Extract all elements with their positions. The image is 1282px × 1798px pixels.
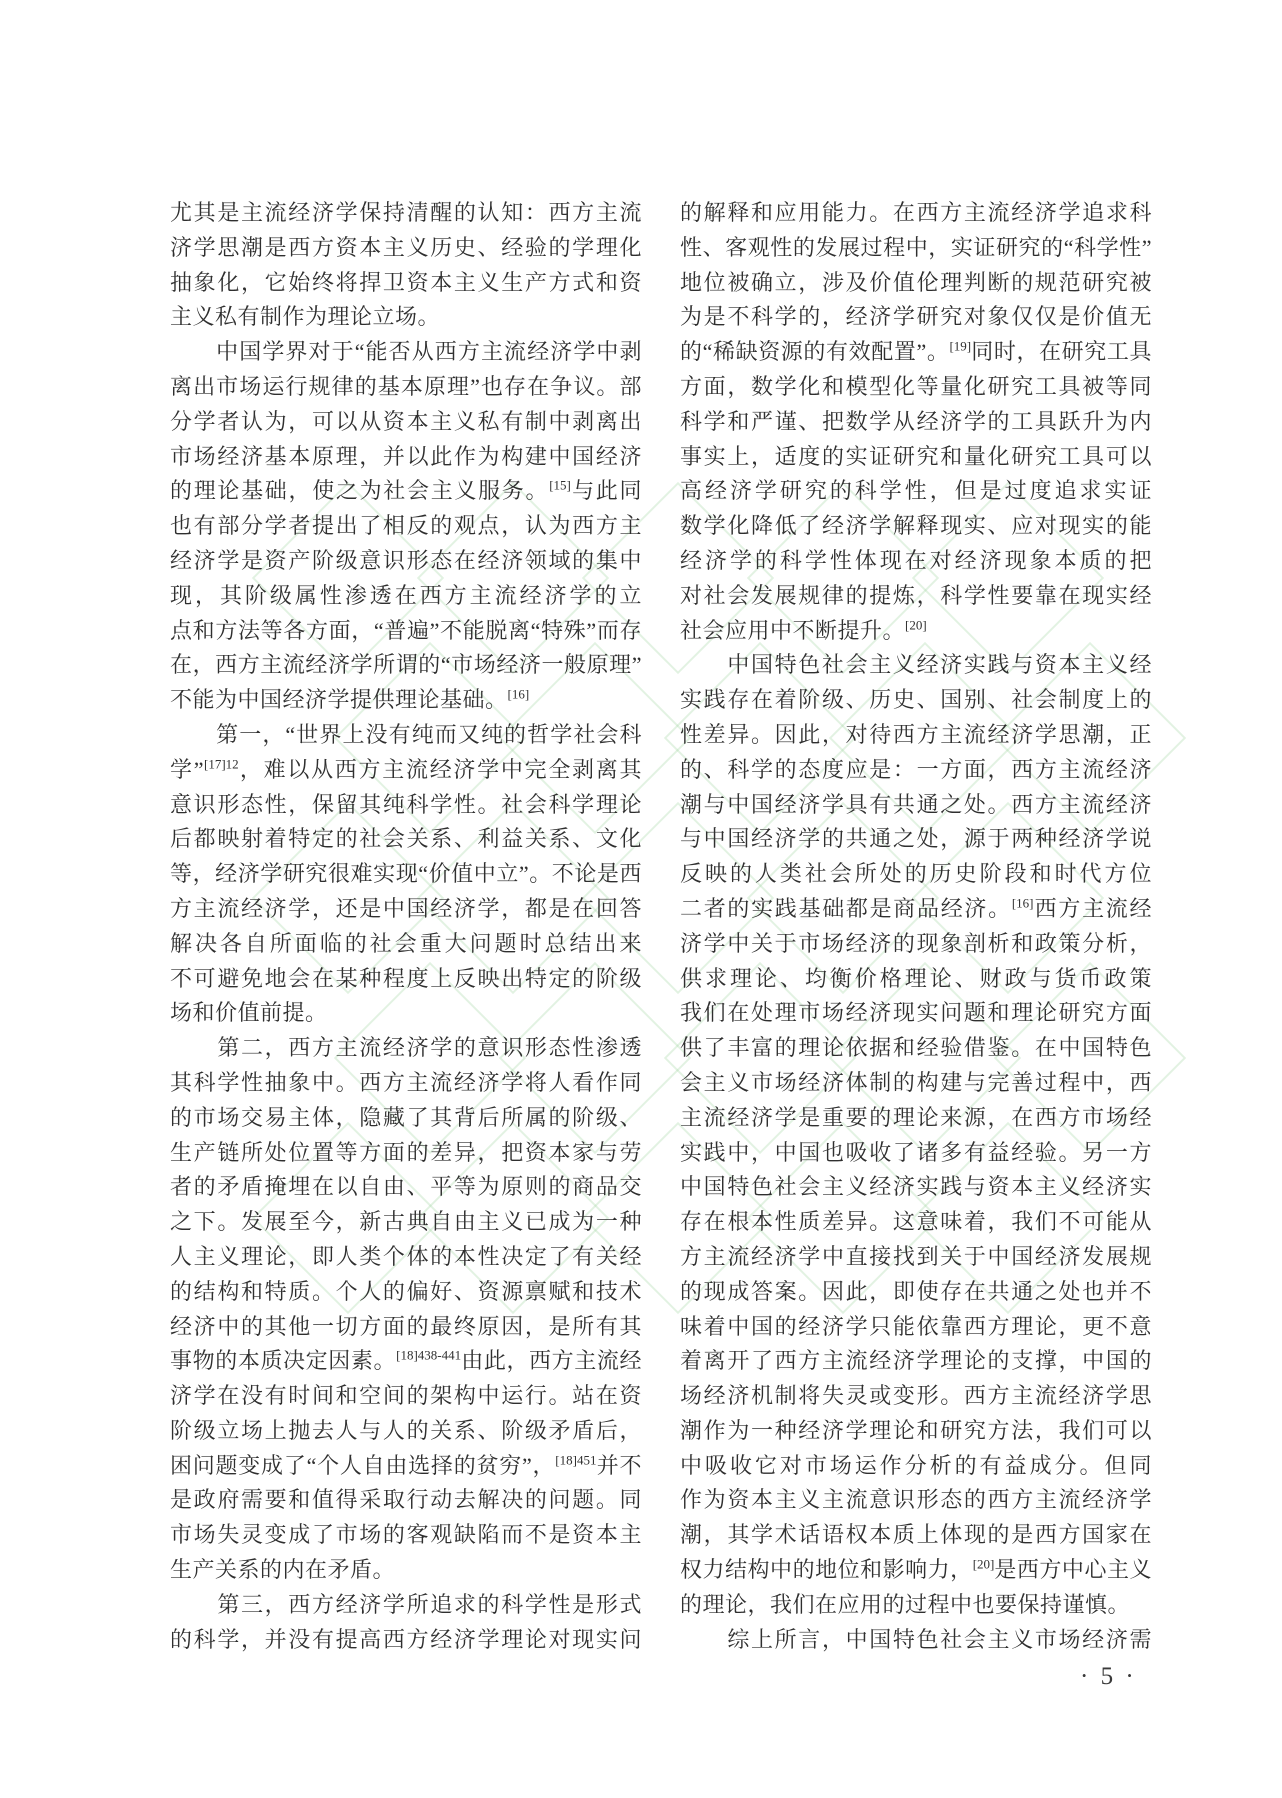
text-line: 不能为中国经济学提供理论基础。[16]	[170, 683, 642, 718]
citation-superscript: [16]	[508, 687, 530, 702]
text-line: 方主流经济学中直接找到关于中国经济发展规律	[680, 1240, 1152, 1275]
text-line: 经济中的其他一切方面的最终原因，是所有其他	[170, 1310, 642, 1345]
page-number: · 5 ·	[1080, 1663, 1137, 1691]
citation-superscript: [20]	[905, 617, 927, 632]
text-line: 意识形态性，保留其纯科学性。社会科学理论背	[170, 788, 642, 823]
text-line: 的理论，我们在应用的过程中也要保持谨慎。	[680, 1588, 1152, 1623]
citation-superscript: [18]451	[555, 1452, 596, 1467]
text-line: 中吸收它对市场运作分析的有益成分。但同时，	[680, 1449, 1152, 1484]
text-line: 存在根本性质差异。这意味着，我们不可能从西	[680, 1205, 1152, 1240]
text-line: 着离开了西方主流经济学理论的支撑，中国的市	[680, 1344, 1152, 1379]
paper-page: 尤其是主流经济学保持清醒的认知：西方主流经济学思潮是西方资本主义历史、经验的学理…	[0, 0, 1282, 1798]
text-line: 反映的人类社会所处的历史阶段和时代方位——	[680, 857, 1152, 892]
text-line: 场和价值前提。	[170, 996, 642, 1031]
text-line: 方主流经济学，还是中国经济学，都是在回答和	[170, 892, 642, 927]
left-text-column: 尤其是主流经济学保持清醒的认知：西方主流经济学思潮是西方资本主义历史、经验的学理…	[170, 196, 642, 1657]
citation-superscript: [15]	[549, 478, 571, 493]
text-line: 济学中关于市场经济的现象剖析和政策分析，如	[680, 927, 1152, 962]
text-line: 市场失灵变成了市场的客观缺陷而不是资本主义	[170, 1518, 642, 1553]
text-line: 数学化降低了经济学解释现实、应对现实的能力。	[680, 509, 1152, 544]
citation-superscript: [20]	[973, 1557, 995, 1572]
text-line: 济学思潮是西方资本主义历史、经验的学理化和	[170, 231, 642, 266]
text-line: 的市场交易主体，隐藏了其背后所属的阶级、在	[170, 1101, 642, 1136]
text-line: 学”[17]12，难以从西方主流经济学中完全剥离其	[170, 753, 642, 788]
text-line: 社会应用中不断提升。[20]	[680, 614, 1152, 649]
text-line: 味着中国的经济学只能依靠西方理论，更不意味	[680, 1310, 1152, 1345]
text-line: 供了丰富的理论依据和经验借鉴。在中国特色社	[680, 1031, 1152, 1066]
text-line: 抽象化，它始终将捍卫资本主义生产方式和资本	[170, 266, 642, 301]
text-line: 点和方法等各方面，“普遍”不能脱离“特殊”而存	[170, 614, 642, 649]
text-line: 不可避免地会在某种程度上反映出特定的阶级立	[170, 962, 642, 997]
text-line: 事物的本质决定因素。[18]438-441由此，西方主流经	[170, 1344, 642, 1379]
text-line: 实践中，中国也吸收了诸多有益经验。另一方面，	[680, 1136, 1152, 1171]
text-line: 对社会发展规律的提炼，科学性要靠在现实经济	[680, 579, 1152, 614]
text-line: 之下。发展至今，新古典自由主义已成为一种个	[170, 1205, 642, 1240]
text-line: 事实上，适度的实证研究和量化研究工具可以提	[680, 440, 1152, 475]
text-line: 等，经济学研究很难实现“价值中立”。不论是西	[170, 857, 642, 892]
citation-superscript: [19]	[949, 339, 971, 354]
citation-superscript: [16]	[1012, 896, 1034, 911]
text-line: 与中国经济学的共通之处，源于两种经济学说所	[680, 822, 1152, 857]
text-line: 二者的实践基础都是商品经济。[16]西方主流经	[680, 892, 1152, 927]
text-line: 离出市场运行规律的基本原理”也存在争议。部	[170, 370, 642, 405]
text-line: 的结构和特质。个人的偏好、资源禀赋和技术是	[170, 1275, 642, 1310]
text-line: 供求理论、均衡价格理论、财政与货币政策等，为	[680, 962, 1152, 997]
text-line: 潮，其学术话语权本质上体现的是西方国家在国际	[680, 1518, 1152, 1553]
text-line: 的、科学的态度应是：一方面，西方主流经济学思	[680, 753, 1152, 788]
text-line: 的现成答案。因此，即使存在共通之处也并不意	[680, 1275, 1152, 1310]
text-line: 经济学是资产阶级意识形态在经济领域的集中体	[170, 544, 642, 579]
text-line: 在，西方主流经济学所谓的“市场经济一般原理”	[170, 648, 642, 683]
text-line: 经济学的科学性体现在对经济现象本质的把握、	[680, 544, 1152, 579]
text-line: 方面，数学化和模型化等量化研究工具被等同于	[680, 370, 1152, 405]
citation-superscript: [17]12	[204, 756, 239, 771]
text-line: 主流经济学是重要的理论来源，在西方市场经济	[680, 1101, 1152, 1136]
right-text-column: 的解释和应用能力。在西方主流经济学追求科学性、客观性的发展过程中，实证研究的“科…	[680, 196, 1152, 1657]
text-line: 会主义市场经济体制的构建与完善过程中，西方	[680, 1066, 1152, 1101]
text-line: 中国特色社会主义经济实践与资本主义经济实践	[680, 1170, 1152, 1205]
text-line: 综上所言，中国特色社会主义市场经济需要	[680, 1623, 1152, 1658]
text-line: 第二，西方主流经济学的意识形态性渗透在	[170, 1031, 642, 1066]
text-line: 生产关系的内在矛盾。	[170, 1553, 642, 1588]
text-line: 性、客观性的发展过程中，实证研究的“科学性”	[680, 231, 1152, 266]
text-line: 高经济学研究的科学性，但是过度追求实证化、	[680, 474, 1152, 509]
text-line: 解决各自所面临的社会重大问题时总结出来的，	[170, 927, 642, 962]
text-line: 的解释和应用能力。在西方主流经济学追求科学	[680, 196, 1152, 231]
text-line: 地位被确立，涉及价值伦理判断的规范研究被认	[680, 266, 1152, 301]
text-line: 现，其阶级属性渗透在西方主流经济学的立场、观	[170, 579, 642, 614]
text-line: 的“稀缺资源的有效配置”。[19]同时，在研究工具	[680, 335, 1152, 370]
text-line: 尤其是主流经济学保持清醒的认知：西方主流经	[170, 196, 642, 231]
text-line: 后都映射着特定的社会关系、利益关系、文化关系	[170, 822, 642, 857]
text-line: 人主义理论，即人类个体的本性决定了有关经济	[170, 1240, 642, 1275]
text-line: 的科学，并没有提高西方经济学理论对现实问题	[170, 1623, 642, 1658]
text-line: 其科学性抽象中。西方主流经济学将人看作同等	[170, 1066, 642, 1101]
text-line: 潮作为一种经济学理论和研究方法，我们可以从	[680, 1414, 1152, 1449]
text-line: 分学者认为，可以从资本主义私有制中剥离出来	[170, 405, 642, 440]
text-line: 第三，西方经济学所追求的科学性是形式上	[170, 1588, 642, 1623]
text-line: 阶级立场上抛去人与人的关系、阶级矛盾后，贫	[170, 1414, 642, 1449]
text-line: 权力结构中的地位和影响力，[20]是西方中心主义	[680, 1553, 1152, 1588]
text-line: 生产链所处位置等方面的差异，把资本家与劳动	[170, 1136, 642, 1171]
text-line: 科学和严谨、把数学从经济学的工具跃升为内核。	[680, 405, 1152, 440]
text-line: 性差异。因此，对待西方主流经济学思潮，正确	[680, 718, 1152, 753]
text-line: 困问题变成了“个人自由选择的贫穷”，[18]451并不	[170, 1449, 642, 1484]
text-line: 第一，“世界上没有纯而又纯的哲学社会科	[170, 718, 642, 753]
text-line: 我们在处理市场经济现实问题和理论研究方面提	[680, 996, 1152, 1031]
text-line: 场经济机制将失灵或变形。西方主流经济学思	[680, 1379, 1152, 1414]
text-line: 潮与中国经济学具有共通之处。西方主流经济学	[680, 788, 1152, 823]
text-line: 中国特色社会主义经济实践与资本主义经济	[680, 648, 1152, 683]
text-line: 作为资本主义主流意识形态的西方主流经济学思	[680, 1483, 1152, 1518]
text-line: 的理论基础，使之为社会主义服务。[15]与此同时，	[170, 474, 642, 509]
text-line: 济学在没有时间和空间的架构中运行。站在资产	[170, 1379, 642, 1414]
text-line: 者的矛盾掩埋在以自由、平等为原则的商品交易	[170, 1170, 642, 1205]
text-line: 实践存在着阶级、历史、国别、社会制度上的根本	[680, 683, 1152, 718]
text-line: 中国学界对于“能否从西方主流经济学中剥	[170, 335, 642, 370]
text-line: 市场经济基本原理，并以此作为构建中国经济学	[170, 440, 642, 475]
text-line: 也有部分学者提出了相反的观点，认为西方主流	[170, 509, 642, 544]
text-line: 为是不科学的，经济学研究对象仅仅是价值无涉	[680, 300, 1152, 335]
text-line: 是政府需要和值得采取行动去解决的问题。同样，	[170, 1483, 642, 1518]
text-line: 主义私有制作为理论立场。	[170, 300, 642, 335]
citation-superscript: [18]438-441	[396, 1348, 461, 1363]
